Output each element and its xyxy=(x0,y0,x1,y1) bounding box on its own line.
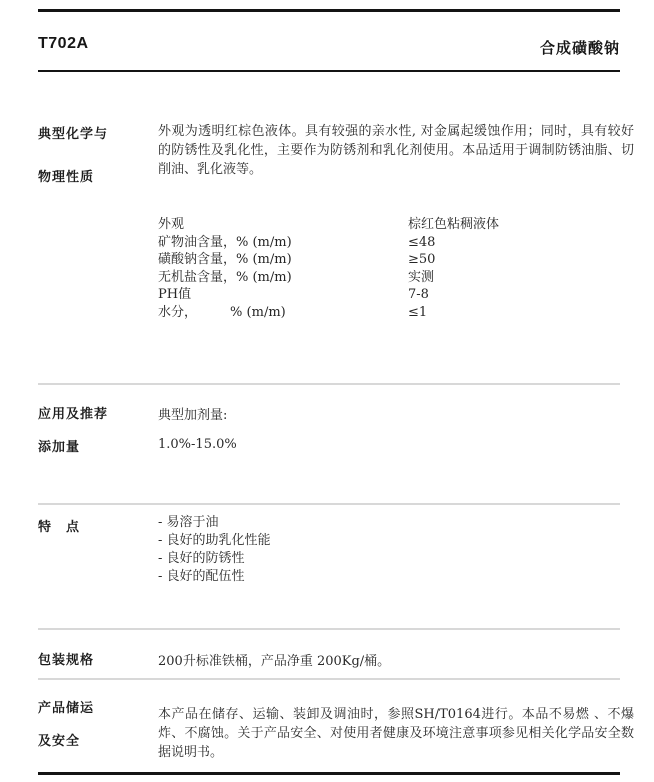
section-divider xyxy=(38,383,620,385)
dosage-value: 1.0%-15.0% xyxy=(158,437,237,452)
property-label: 无机盐含量，% (m/m) xyxy=(158,269,408,287)
property-label: 矿物油含量，% (m/m) xyxy=(158,234,408,252)
property-value: 棕红色粘稠液体 xyxy=(408,216,499,234)
datasheet-page: T702A 合成磺酸钠 典型化学与 物理性质 外观为透明红棕色液体。具有较强的亲… xyxy=(0,0,654,782)
section-label-features: 特 点 xyxy=(38,516,80,535)
property-label: PH值 xyxy=(158,286,408,304)
product-code: T702A xyxy=(38,35,89,53)
section-label-properties-line1: 典型化学与 xyxy=(38,123,108,142)
properties-description: 外观为透明红棕色液体。具有较强的亲水性, 对金属起缓蚀作用；同时，具有较好的防锈… xyxy=(158,122,634,179)
property-label: 水分， % (m/m) xyxy=(158,304,408,322)
section-divider xyxy=(38,678,620,680)
property-value: ≤48 xyxy=(408,234,435,252)
list-item: - 良好的防锈性 xyxy=(158,550,271,568)
property-label: 外观 xyxy=(158,216,408,234)
storage-text: 本产品在储存、运输、装卸及调油时，参照SH/T0164进行。本品不易燃 、不爆炸… xyxy=(158,705,634,762)
section-label-application-line2: 添加量 xyxy=(38,436,80,455)
properties-table: 外观 棕红色粘稠液体 矿物油含量，% (m/m) ≤48 磺酸钠含量，% (m/… xyxy=(158,216,634,321)
section-divider xyxy=(38,503,620,505)
property-label: 磺酸钠含量，% (m/m) xyxy=(158,251,408,269)
header-rule xyxy=(38,70,620,72)
list-item: - 易溶于油 xyxy=(158,514,271,532)
bottom-rule xyxy=(38,772,620,775)
section-divider xyxy=(38,628,620,630)
table-row: 矿物油含量，% (m/m) ≤48 xyxy=(158,234,634,252)
property-value: ≥50 xyxy=(408,251,435,269)
dosage-caption: 典型加剂量: xyxy=(158,404,227,423)
property-value: 实测 xyxy=(408,269,434,287)
list-item: - 良好的配伍性 xyxy=(158,568,271,586)
property-value: ≤1 xyxy=(408,304,427,322)
top-rule xyxy=(38,9,620,12)
section-label-storage-line2: 及安全 xyxy=(38,730,80,749)
packaging-text: 200升标准铁桶，产品净重 200Kg/桶。 xyxy=(158,650,390,669)
section-label-properties-line2: 物理性质 xyxy=(38,166,94,185)
table-row: 水分， % (m/m) ≤1 xyxy=(158,304,634,322)
table-row: 外观 棕红色粘稠液体 xyxy=(158,216,634,234)
section-label-application-line1: 应用及推荐 xyxy=(38,403,108,422)
list-item: - 良好的助乳化性能 xyxy=(158,532,271,550)
section-label-storage-line1: 产品储运 xyxy=(38,697,94,716)
section-label-packaging: 包装规格 xyxy=(38,649,94,668)
table-row: 无机盐含量，% (m/m) 实测 xyxy=(158,269,634,287)
table-row: 磺酸钠含量，% (m/m) ≥50 xyxy=(158,251,634,269)
feature-list: - 易溶于油 - 良好的助乳化性能 - 良好的防锈性 - 良好的配伍性 xyxy=(158,514,271,586)
product-name: 合成磺酸钠 xyxy=(540,37,620,58)
table-row: PH值 7-8 xyxy=(158,286,634,304)
property-value: 7-8 xyxy=(408,286,429,304)
